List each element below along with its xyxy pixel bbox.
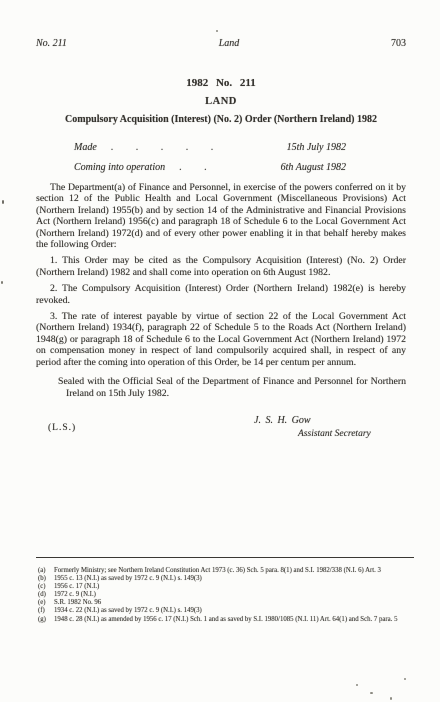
footnote-a: (a)Formerly Ministry; see Northern Irela… <box>38 567 414 575</box>
preamble-paragraph: The Department(a) of Finance and Personn… <box>36 182 406 250</box>
operation-dot-leaders: . . . <box>165 162 226 173</box>
footnote-text: 1955 c. 13 (N.I.) as saved by 1972 c. 9 … <box>54 575 202 582</box>
footnote-e: (e)S.R. 1982 No. 96 <box>38 599 414 607</box>
operation-date: 6th August 1982 <box>226 162 346 173</box>
article-2-paragraph: 2. The Compulsory Acquisition (Interest)… <box>36 283 406 306</box>
footnotes-section: (a)Formerly Ministry; see Northern Irela… <box>36 557 414 624</box>
article-1-paragraph: 1. This Order may be cited as the Compul… <box>36 255 406 278</box>
made-date-row: Made . . . . . . 15th July 1982 <box>36 142 406 153</box>
footnote-c: (c)1956 c. 17 (N.I.) <box>38 583 414 591</box>
article-3-paragraph: 3. The rate of interest payable by virtu… <box>36 311 406 368</box>
made-date: 15th July 1982 <box>226 142 346 153</box>
signatory-role: Assistant Secretary <box>298 429 371 439</box>
footnote-text: S.R. 1982 No. 96 <box>54 599 101 606</box>
footnote-text: 1972 c. 9 (N.I.) <box>54 591 96 598</box>
seal-location-mark: (L.S.) <box>48 423 76 433</box>
running-header-subject: Land <box>219 38 240 49</box>
scan-noise-speck <box>404 678 406 680</box>
footnote-text: 1948 c. 28 (N.I.) as amended by 1956 c. … <box>54 616 397 623</box>
sealing-clause: Sealed with the Official Seal of the Dep… <box>58 376 406 399</box>
running-header: No. 211 Land 703 <box>36 38 406 49</box>
footnote-marker: (b) <box>38 575 54 583</box>
footnote-marker: (e) <box>38 599 54 607</box>
footnote-marker: (c) <box>38 583 54 591</box>
signature-block: (L.S.) J. S. H. Gow Assistant Secretary <box>36 415 406 461</box>
made-dot-leaders: . . . . . . <box>97 142 226 153</box>
running-header-rule-number: No. 211 <box>36 38 67 49</box>
scan-noise-speck <box>356 684 358 686</box>
footnote-f: (f)1934 c. 22 (N.I.) as saved by 1972 c.… <box>38 607 414 615</box>
footnote-marker: (d) <box>38 591 54 599</box>
footnote-d: (d)1972 c. 9 (N.I.) <box>38 591 414 599</box>
scan-noise-speck <box>370 692 373 694</box>
heading-subject: LAND <box>36 96 406 107</box>
footnote-text: 1956 c. 17 (N.I.) <box>54 583 99 590</box>
footnote-marker: (a) <box>38 567 54 575</box>
made-label: Made <box>74 142 97 153</box>
footnote-marker: (g) <box>38 616 54 624</box>
scanned-statutory-rule-page: No. 211 Land 703 1982 No. 211 LAND Compu… <box>0 0 440 702</box>
footnote-text: 1934 c. 22 (N.I.) as saved by 1972 c. 9 … <box>54 607 202 614</box>
operation-label: Coming into operation <box>74 162 165 173</box>
operation-date-row: Coming into operation . . . 6th August 1… <box>36 162 406 173</box>
page-number: 703 <box>391 38 406 49</box>
signatory-name: J. S. H. Gow <box>254 415 311 426</box>
footnote-g: (g)1948 c. 28 (N.I.) as amended by 1956 … <box>38 616 414 624</box>
footnote-b: (b)1955 c. 13 (N.I.) as saved by 1972 c.… <box>38 575 414 583</box>
dates-block: Made . . . . . . 15th July 1982 Coming i… <box>36 142 406 173</box>
footnote-marker: (f) <box>38 607 54 615</box>
heading-year-number: 1982 No. 211 <box>36 77 406 89</box>
scan-noise-speck <box>390 697 392 700</box>
footnote-text: Formerly Ministry; see Northern Ireland … <box>54 567 381 574</box>
scan-noise-speck <box>216 30 218 32</box>
scan-noise-speck <box>1 281 3 284</box>
scan-noise-speck <box>2 200 4 204</box>
order-body: The Department(a) of Finance and Personn… <box>36 182 406 399</box>
order-title: Compulsory Acquisition (Interest) (No. 2… <box>36 114 406 125</box>
